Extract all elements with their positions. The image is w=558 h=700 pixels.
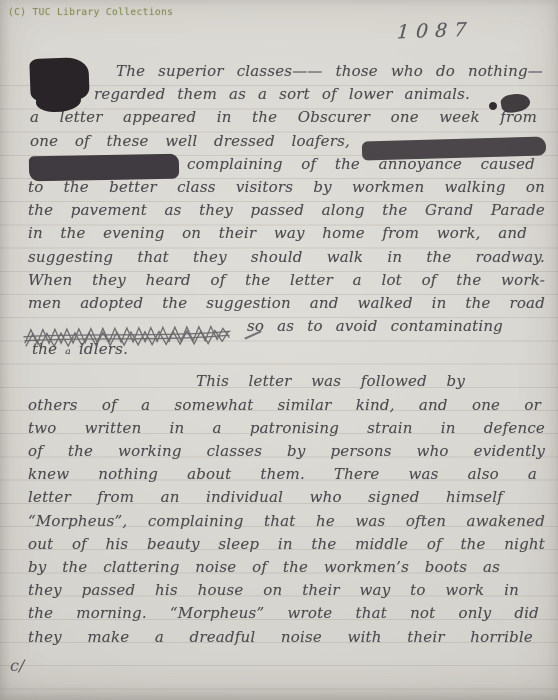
- manuscript-line: the ₐ idlers.: [28, 338, 545, 361]
- manuscript-text: The superior classes—— those who do noth…: [28, 60, 545, 649]
- copyright-stamp: (C) TUC Library Collections: [8, 7, 173, 18]
- manuscript-line: out of his beauty sleep in the middle of…: [28, 533, 545, 556]
- manuscript-line: two written in a patronising strain in d…: [28, 417, 545, 440]
- manuscript-line: letter from an individual who signed him…: [28, 486, 545, 509]
- manuscript-line: they make a dreadful noise with their ho…: [28, 626, 545, 649]
- manuscript-line: a letter appeared in the Obscurer one we…: [28, 106, 545, 129]
- manuscript-line: complaining of the annoyance caused: [28, 153, 545, 176]
- manuscript-line: others of a somewhat similar kind, and o…: [28, 394, 545, 417]
- corner-mark: c/: [10, 656, 24, 675]
- manuscript-line: The superior classes—— those who do noth…: [28, 60, 545, 83]
- manuscript-line: This letter was followed by: [28, 370, 545, 393]
- manuscript-line: the morning. “Morpheus” wrote that not o…: [28, 602, 545, 625]
- manuscript-line: by the clattering noise of the workmen’s…: [28, 556, 545, 579]
- manuscript-line: When they heard of the letter a lot of t…: [28, 269, 545, 292]
- manuscript-line: suggesting that they should walk in the …: [28, 246, 545, 269]
- manuscript-line: knew nothing about them. There was also …: [28, 463, 545, 486]
- manuscript-line: in the evening on their way home from wo…: [28, 222, 545, 245]
- manuscript-page: (C) TUC Library Collections 1087 The sup…: [0, 0, 558, 700]
- manuscript-line: they passed his house on their way to wo…: [28, 579, 545, 602]
- page-number: 1087: [396, 19, 474, 44]
- manuscript-line: so as to avoid contaminating: [28, 315, 545, 338]
- manuscript-line: men adopted the suggestion and walked in…: [28, 292, 545, 315]
- manuscript-line: one of these well dressed loafers,: [28, 130, 545, 153]
- manuscript-line: to the better class visitors by workmen …: [28, 176, 545, 199]
- manuscript-line: of the working classes by persons who ev…: [28, 440, 545, 463]
- manuscript-line: the pavement as they passed along the Gr…: [28, 199, 545, 222]
- manuscript-line: “Morpheus”, complaining that he was ofte…: [28, 510, 545, 533]
- manuscript-line: regarded them as a sort of lower animals…: [28, 83, 545, 106]
